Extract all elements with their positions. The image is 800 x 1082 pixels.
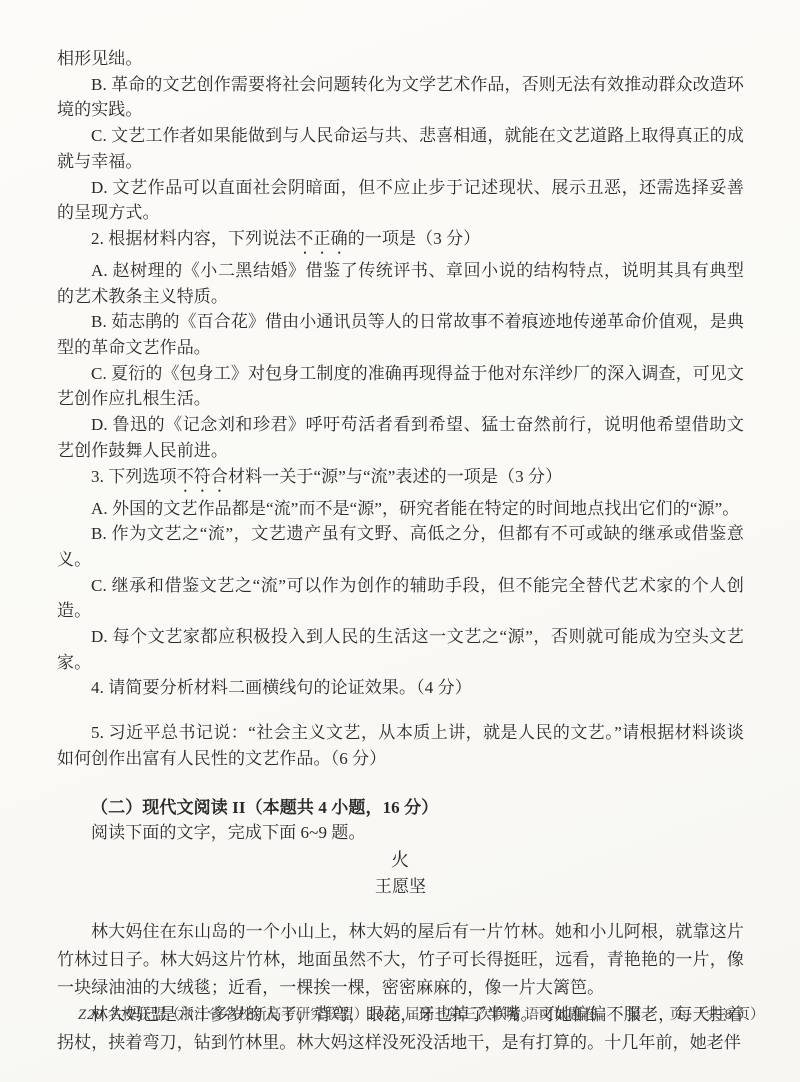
text-segment: 王愿坚	[375, 877, 426, 896]
footer-league-z20: Z20	[78, 1007, 104, 1023]
q1-option-b: B. 革命的文艺创作需要将社会问题转化为文学艺术作品，否则无法有效推动群众改造环…	[57, 72, 744, 123]
q5-stem: 5. 习近平总书记说：“社会主义文艺，从本质上讲，就是人民的文艺。”请根据材料谈…	[57, 720, 744, 771]
reading-instruction: 阅读下面的文字，完成下面 6~9 题。	[57, 820, 744, 846]
q1-option-a-tail: 相形见绌。	[57, 46, 744, 72]
q3-option-a: A. 外国的文艺作品都是“流”而不是“源”，研究者能在特定的时间地点找出它们的“…	[57, 496, 744, 522]
text-segment: 3. 下列选项	[91, 467, 177, 486]
text-segment: A. 赵树理的《小二黑结婚》借鉴了传统评书、章回小说的结构特点，说明其具有典型的…	[57, 261, 744, 306]
text-segment: 阅读下面的文字，完成下面 6~9 题。	[91, 823, 366, 842]
footer-page-unit: 页	[669, 1007, 684, 1023]
text-segment: C. 文艺工作者如果能做到与人民命运与共、悲喜相通，就能在文艺道路上取得真正的成…	[57, 126, 744, 171]
q2-option-b: B. 茹志鹃的《百合花》借由小通讯员等人的日常故事不着痕迹地传递革命价值观，是典…	[57, 309, 744, 360]
q3-option-c: C. 继承和借鉴文艺之“流”可以作为创作的辅助手段，但不能完全替代艺术家的个人创…	[57, 573, 744, 624]
q4-stem: 4. 请简要分析材料二画横线句的论证效果。（4 分）	[57, 675, 744, 701]
text-segment: D. 鲁迅的《记念刘和珍君》呼吁苟活者看到希望、猛士奋然前行，说明他希望借助文艺…	[57, 415, 744, 460]
story-title: 火	[57, 848, 744, 874]
text-segment: 4. 请简要分析材料二画横线句的论证效果。（4 分）	[91, 678, 472, 697]
text-segment: 火	[391, 850, 410, 870]
text-segment: A. 外国的文艺作品都是“流”而不是“源”，研究者能在特定的时间地点找出它们的“…	[91, 499, 739, 518]
emphasized-text: 不符合	[177, 467, 228, 486]
footer-page-label: 第	[627, 1007, 642, 1023]
document-body: 相形见绌。B. 革命的文艺创作需要将社会问题转化为文学艺术作品，否则无法有效推动…	[57, 46, 744, 1056]
text-segment: 材料一关于“源”与“流”表述的一项是（3 分）	[228, 467, 562, 486]
text-segment: 的一项是（3 分）	[348, 229, 481, 248]
footer-league-name: 名校联盟（浙江省名校新高考研究联盟）	[104, 1007, 369, 1023]
emphasized-text: 不正确	[296, 229, 347, 248]
q1-option-c: C. 文艺工作者如果能做到与人民命运与共、悲喜相通，就能在文艺道路上取得真正的成…	[57, 123, 744, 174]
text-segment: C. 继承和借鉴文艺之“流”可以作为创作的辅助手段，但不能完全替代艺术家的个人创…	[57, 576, 744, 621]
text-segment: 相形见绌。	[57, 49, 143, 68]
text-segment: B. 作为文艺之“流”，文艺遗产虽有文野、高低之分，但都有不可或缺的继承或借鉴意…	[57, 524, 744, 569]
text-segment: D. 每个文艺家都应积极投入到人民的生活这一文艺之“源”，否则就可能成为空头文艺…	[57, 627, 744, 672]
q2-option-c: C. 夏衍的《包身工》对包身工制度的准确再现得益于他对东洋纱厂的深入调查，可见文…	[57, 361, 744, 412]
q2-option-d: D. 鲁迅的《记念刘和珍君》呼吁苟活者看到希望、猛士奋然前行，说明他希望借助文艺…	[57, 412, 744, 463]
footer-year: 2025	[368, 1007, 401, 1023]
text-segment: D. 文艺作品可以直面社会阴暗面，但不应止步于记述现状、展示丑恶，还需选择妥善的…	[57, 178, 744, 223]
text-segment: C. 夏衍的《包身工》对包身工制度的准确再现得益于他对东洋纱厂的深入调查，可见文…	[57, 364, 744, 409]
text-segment: 林大妈住在东山岛的一个小山上，林大妈的屋后有一片竹林。她和小儿阿根，就靠这片竹林…	[57, 922, 744, 996]
q2-option-a: A. 赵树理的《小二黑结婚》借鉴了传统评书、章回小说的结构特点，说明其具有典型的…	[57, 258, 744, 309]
q1-option-d: D. 文艺作品可以直面社会阴暗面，但不应止步于记述现状、展示丑恶，还需选择妥善的…	[57, 175, 744, 226]
q3-option-d: D. 每个文艺家都应积极投入到人民的生活这一文艺之“源”，否则就可能成为空头文艺…	[57, 624, 744, 675]
q3-option-b: B. 作为文艺之“流”，文艺遗产虽有文野、高低之分，但都有不可或缺的继承或借鉴意…	[57, 521, 744, 572]
exam-page: 相形见绌。B. 革命的文艺创作需要将社会问题转化为文学艺术作品，否则无法有效推动…	[0, 0, 800, 1082]
text-segment: 2. 根据材料内容，下列说法	[91, 229, 296, 248]
section-2-heading: （二）现代文阅读 II（本题共 4 小题，16 分）	[57, 795, 744, 821]
text-segment: B. 茹志鹃的《百合花》借由小通讯员等人的日常故事不着痕迹地传递革命价值观，是典…	[57, 312, 744, 357]
text-segment: B. 革命的文艺创作需要将社会问题转化为文学艺术作品，否则无法有效推动群众改造环…	[57, 75, 744, 120]
story-author: 王愿坚	[57, 874, 744, 900]
text-segment: 5. 习近平总书记说：“社会主义文艺，从本质上讲，就是人民的文艺。”请根据材料谈…	[57, 723, 744, 768]
footer-exam-name: 届高三第三次联考 语文试题卷	[401, 1007, 597, 1023]
story-paragraph-1: 林大妈住在东山岛的一个小山上，林大妈的屋后有一片竹林。她和小儿阿根，就靠这片竹林…	[57, 918, 744, 1001]
text-segment: （二）现代文阅读 II（本题共 4 小题，16 分）	[91, 798, 438, 817]
q3-stem: 3. 下列选项不符合材料一关于“源”与“流”表述的一项是（3 分）	[57, 464, 744, 496]
page-footer: Z20 名校联盟（浙江省名校新高考研究联盟）2025 届高三第三次联考 语文试题…	[78, 1003, 758, 1024]
footer-total-pages: （共 8 页）	[692, 1007, 765, 1023]
q2-stem: 2. 根据材料内容，下列说法不正确的一项是（3 分）	[57, 226, 744, 258]
